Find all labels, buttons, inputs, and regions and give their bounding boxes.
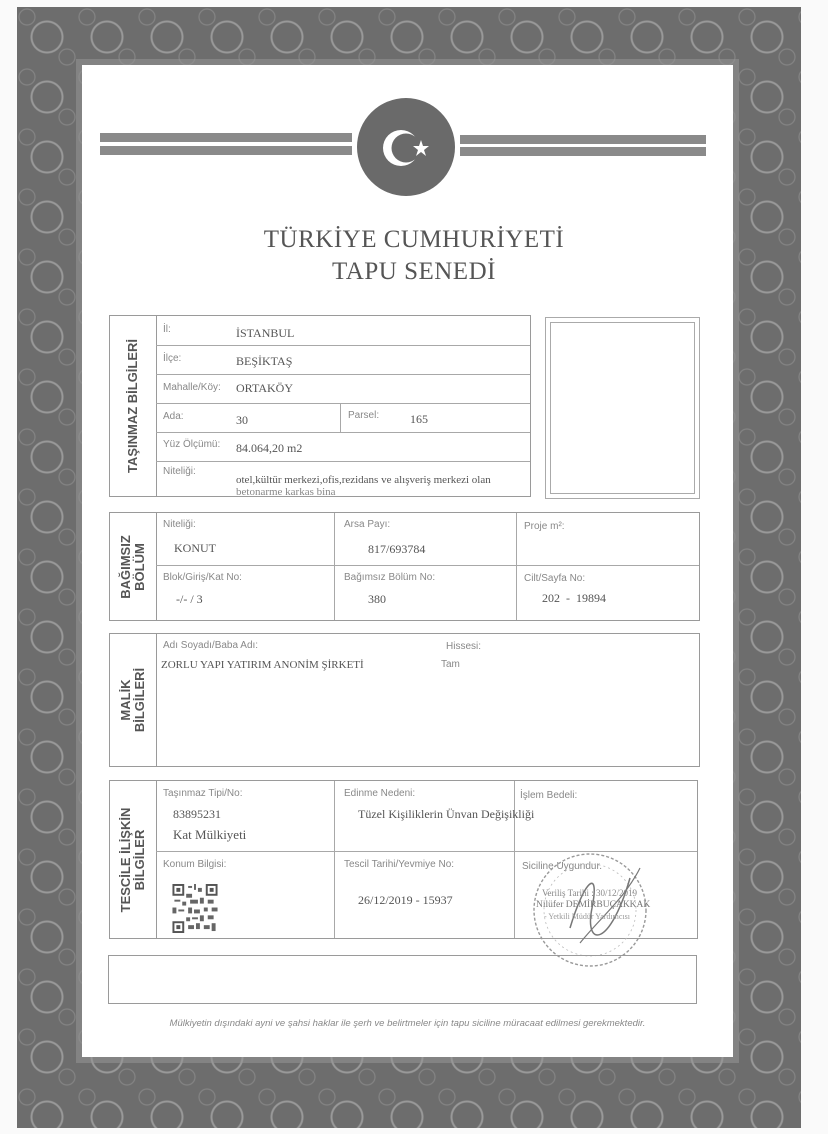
proje-label: Proje m²: xyxy=(524,521,565,532)
tasinmaz-tipi-label: Taşınmaz Tipi/No: xyxy=(163,788,242,799)
tasinmaz-section: TAŞINMAZ BİLGİLERİ İl: İSTANBUL İlçe: BE… xyxy=(109,315,531,497)
right-stripe-bottom xyxy=(460,147,706,156)
right-stripe-top xyxy=(460,135,706,144)
niteligi-label: Niteliği: xyxy=(163,466,196,477)
mahalle-value: ORTAKÖY xyxy=(236,381,293,396)
malik-section: MALİKBİLGİLERİ Adı Soyadı/Baba Adı: Hiss… xyxy=(109,633,700,767)
malik-section-title: MALİKBİLGİLERİ xyxy=(110,634,157,766)
crescent-star-emblem-icon xyxy=(357,98,455,196)
blok-value: -/- / 3 xyxy=(176,592,203,607)
blok-label: Blok/Giriş/Kat No: xyxy=(163,572,242,583)
yuz-olcumu-label: Yüz Ölçümü: xyxy=(163,439,220,450)
bb-no-value: 380 xyxy=(368,592,386,607)
bagimsiz-bolum-section: BAĞIMSIZBÖLÜM Niteliği: KONUT Arsa Payı:… xyxy=(109,512,700,621)
il-value: İSTANBUL xyxy=(236,326,294,341)
adi-label: Adı Soyadı/Baba Adı: xyxy=(163,640,258,651)
qr-code-icon[interactable] xyxy=(172,884,218,933)
edinme-value: Tüzel Kişiliklerin Ünvan Değişikliği xyxy=(358,807,534,822)
ilce-value: BEŞİKTAŞ xyxy=(236,354,292,369)
tescil-tarihi-value: 26/12/2019 - 15937 xyxy=(358,893,453,908)
tasinmaz-section-title: TAŞINMAZ BİLGİLERİ xyxy=(110,316,157,496)
tescil-tarihi-label: Tescil Tarihi/Yevmiye No: xyxy=(344,859,454,870)
left-stripe-bottom xyxy=(100,146,352,155)
edinme-label: Edinme Nedeni: xyxy=(344,788,415,799)
owner-name: ZORLU YAPI YATIRIM ANONİM ŞİRKETİ xyxy=(161,659,364,671)
header-subtitle: TAPU SENEDİ xyxy=(0,258,828,286)
left-stripe-top xyxy=(100,133,352,142)
niteligi-value-line2: betonarme karkas bina xyxy=(236,486,336,498)
niteligi-value-line1: otel,kültür merkezi,ofis,rezidans ve alı… xyxy=(236,474,491,486)
yuz-olcumu-value: 84.064,20 m2 xyxy=(236,441,302,456)
photo-placeholder xyxy=(545,317,700,499)
parsel-value: 165 xyxy=(410,412,428,427)
arsa-payi-label: Arsa Payı: xyxy=(344,519,390,530)
ada-value: 30 xyxy=(236,413,248,428)
bagimsiz-bolum-title: BAĞIMSIZBÖLÜM xyxy=(110,513,157,620)
header-title: TÜRKİYE CUMHURİYETİ xyxy=(0,226,828,254)
konum-label: Konum Bilgisi: xyxy=(163,859,226,870)
hissesi-label: Hissesi: xyxy=(446,641,481,652)
mahalle-label: Mahalle/Köy: xyxy=(163,382,221,393)
ilce-label: İlçe: xyxy=(163,353,181,364)
annotations-box xyxy=(108,955,697,1004)
il-label: İl: xyxy=(163,324,171,335)
stamp-line3: - Yetkili Müdür Yardımcısı xyxy=(544,912,630,921)
emblem-header xyxy=(100,98,706,194)
parsel-label: Parsel: xyxy=(348,410,379,421)
stamp-line2: Nilüfer DEMİRBUÇAKKAK xyxy=(536,900,650,910)
bb-niteligi-label: Niteliği: xyxy=(163,519,196,530)
bb-niteligi-value: KONUT xyxy=(174,541,216,556)
islem-bedeli-label: İşlem Bedeli: xyxy=(520,790,577,801)
ada-label: Ada: xyxy=(163,411,184,422)
bb-no-label: Bağımsız Bölüm No: xyxy=(344,572,435,583)
tescil-section-title: TESCİLE İLİŞKİNBİLGİLER xyxy=(110,781,157,938)
tasinmaz-tipi-value: Kat Mülkiyeti xyxy=(173,827,246,843)
tasinmaz-no-value: 83895231 xyxy=(173,807,221,822)
stamp-line1: Veriliş Tarihi : 30/12/2019 xyxy=(542,888,637,898)
owner-share: Tam xyxy=(441,659,460,670)
arsa-payi-value: 817/693784 xyxy=(368,542,425,557)
footer-note: Mülkiyetin dışındaki ayni ve şahsi hakla… xyxy=(82,1018,733,1029)
cilt-label: Cilt/Sayfa No: xyxy=(524,573,585,584)
cilt-value: 202 - 19894 xyxy=(542,591,606,606)
